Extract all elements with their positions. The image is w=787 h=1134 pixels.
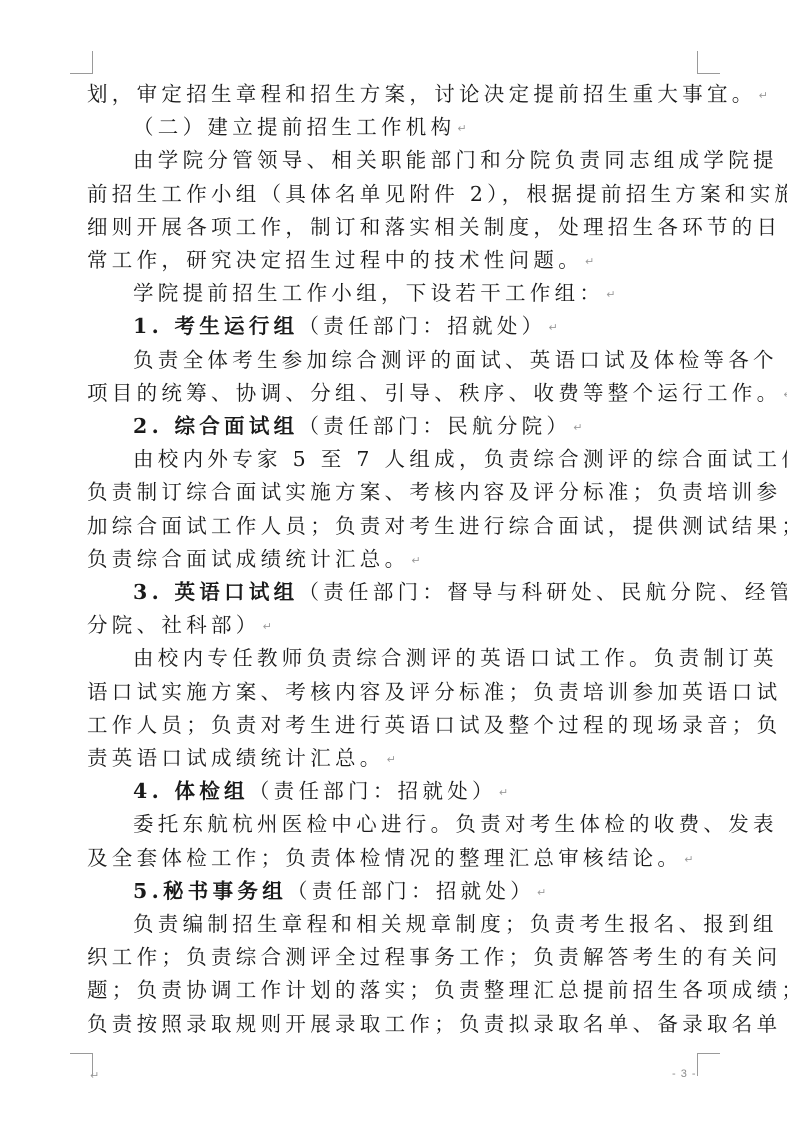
line-text: （责任部门：招就处）	[249, 779, 497, 803]
text-line: 加综合面试工作人员；负责对考生进行综合面试，提供测试结果；	[87, 510, 787, 543]
text-line: 分院、社科部）↵	[87, 609, 272, 642]
line-text: 常工作，研究决定招生过程中的技术性问题。	[87, 248, 583, 272]
section-heading: 1. 考生运行组（责任部门：招就处）↵	[133, 310, 558, 343]
paragraph-mark-icon: ↵	[263, 620, 272, 633]
text-line: 划，审定招生章程和招生方案，讨论决定提前招生重大事宜。↵	[87, 78, 768, 111]
text-line: 负责按照录取规则开展录取工作；负责拟录取名单、备录取名单	[87, 1008, 781, 1041]
section-heading: 2. 综合面试组（责任部门：民航分院）↵	[133, 410, 582, 443]
paragraph-mark-icon: ↵	[783, 388, 787, 401]
line-text: 学院提前招生工作小组，下设若干工作组：	[133, 281, 604, 305]
text-line: 由校内外专家 5 至 7 人组成，负责综合测评的综合面试工作。	[133, 443, 787, 476]
text-line: （二）建立提前招生工作机构↵	[133, 111, 467, 144]
text-line: 常工作，研究决定招生过程中的技术性问题。↵	[87, 244, 594, 277]
text-line: 责英语口试成绩统计汇总。↵	[87, 742, 396, 775]
line-text: 由校内专任教师负责综合测评的英语口试工作。负责制订英	[133, 646, 778, 670]
line-text: 由校内外专家 5 至 7 人组成，负责综合测评的综合面试工作。	[133, 447, 787, 471]
line-text: （责任部门：民航分院）	[298, 414, 571, 438]
line-text: 责英语口试成绩统计汇总。	[87, 746, 385, 770]
line-text: 细则开展各项工作，制订和落实相关制度，处理招生各环节的日	[87, 215, 781, 239]
heading-label: 1. 考生运行组	[133, 314, 298, 338]
line-text: 委托东航杭州医检中心进行。负责对考生体检的收费、发表	[133, 812, 778, 836]
text-line: 负责全体考生参加综合测评的面试、英语口试及体检等各个	[133, 344, 778, 377]
text-line: 委托东航杭州医检中心进行。负责对考生体检的收费、发表	[133, 808, 778, 841]
paragraph-mark-icon: ↵	[537, 886, 546, 899]
heading-label: 5.秘书事务组	[133, 879, 287, 903]
section-heading: 3. 英语口试组（责任部门：督导与科研处、民航分院、经管	[133, 576, 787, 609]
paragraph-mark-icon: ↵	[411, 554, 420, 567]
line-text: 负责全体考生参加综合测评的面试、英语口试及体检等各个	[133, 348, 778, 372]
text-line: 由学院分管领导、相关职能部门和分院负责同志组成学院提	[133, 144, 778, 177]
text-line: 负责综合面试成绩统计汇总。↵	[87, 543, 421, 576]
line-text: 负责编制招生章程和相关规章制度；负责考生报名、报到组	[133, 912, 778, 936]
text-line: 前招生工作小组（具体名单见附件 2），根据提前招生方案和实施	[87, 178, 787, 211]
line-text: 划，审定招生章程和招生方案，讨论决定提前招生重大事宜。	[87, 82, 757, 106]
heading-label: 3. 英语口试组	[133, 580, 298, 604]
line-text: 加综合面试工作人员；负责对考生进行综合面试，提供测试结果；	[87, 514, 787, 538]
paragraph-mark-icon: ↵	[387, 753, 396, 766]
text-line: 工作人员；负责对考生进行英语口试及整个过程的现场录音；负	[87, 709, 781, 742]
line-text: 负责制订综合面试实施方案、考核内容及评分标准；负责培训参	[87, 480, 781, 504]
line-text: （责任部门：招就处）	[298, 314, 546, 338]
text-line: 负责编制招生章程和相关规章制度；负责考生报名、报到组	[133, 908, 778, 941]
paragraph-mark-icon: ↵	[606, 288, 615, 301]
paragraph-mark-icon: ↵	[684, 853, 693, 866]
line-text: 及全套体检工作；负责体检情况的整理汇总审核结论。	[87, 846, 682, 870]
line-text: （责任部门：招就处）	[287, 879, 535, 903]
text-line: 语口试实施方案、考核内容及评分标准；负责培训参加英语口试	[87, 676, 781, 709]
text-line: 织工作；负责综合测评全过程事务工作；负责解答考生的有关问	[87, 941, 781, 974]
text-line: 由校内专任教师负责综合测评的英语口试工作。负责制订英	[133, 642, 778, 675]
paragraph-mark-icon: ↵	[548, 321, 557, 334]
line-text: 工作人员；负责对考生进行英语口试及整个过程的现场录音；负	[87, 713, 781, 737]
line-text: 题；负责协调工作计划的落实；负责整理汇总提前招生各项成绩；	[87, 978, 787, 1002]
line-text: 负责综合面试成绩统计汇总。	[87, 547, 409, 571]
line-text: 分院、社科部）	[87, 613, 261, 637]
text-line: 及全套体检工作；负责体检情况的整理汇总审核结论。↵	[87, 842, 693, 875]
line-text: 负责按照录取规则开展录取工作；负责拟录取名单、备录取名单	[87, 1012, 781, 1036]
line-text: 织工作；负责综合测评全过程事务工作；负责解答考生的有关问	[87, 945, 781, 969]
paragraph-mark-icon: ↵	[457, 122, 466, 135]
paragraph-mark-icon: ↵	[499, 786, 508, 799]
crop-mark-top-left	[70, 51, 93, 74]
section-heading: 5.秘书事务组（责任部门：招就处）↵	[133, 875, 546, 908]
line-text: 由学院分管领导、相关职能部门和分院负责同志组成学院提	[133, 148, 778, 172]
heading-label: 4. 体检组	[133, 779, 249, 803]
line-text: 语口试实施方案、考核内容及评分标准；负责培训参加英语口试	[87, 680, 781, 704]
page-number: - 3 -	[672, 1068, 697, 1080]
line-text: 前招生工作小组（具体名单见附件 2），根据提前招生方案和实施	[87, 182, 787, 206]
paragraph-mark-icon: ↵	[573, 421, 582, 434]
paragraph-mark-icon: ↵	[759, 89, 768, 102]
crop-mark-bottom-right	[697, 1053, 720, 1076]
paragraph-mark-icon: ↵	[90, 1069, 99, 1082]
text-line: 负责制订综合面试实施方案、考核内容及评分标准；负责培训参	[87, 476, 781, 509]
section-heading: 4. 体检组（责任部门：招就处）↵	[133, 775, 508, 808]
crop-mark-top-right	[697, 51, 720, 74]
line-text: （责任部门：督导与科研处、民航分院、经管	[298, 580, 787, 604]
text-line: 细则开展各项工作，制订和落实相关制度，处理招生各环节的日	[87, 211, 781, 244]
text-line: 题；负责协调工作计划的落实；负责整理汇总提前招生各项成绩；	[87, 974, 787, 1007]
document-page: 划，审定招生章程和招生方案，讨论决定提前招生重大事宜。↵（二）建立提前招生工作机…	[0, 0, 787, 1134]
text-line: 项目的统筹、协调、分组、引导、秩序、收费等整个运行工作。↵	[87, 377, 787, 410]
text-line: 学院提前招生工作小组，下设若干工作组：↵	[133, 277, 615, 310]
paragraph-mark-icon: ↵	[585, 255, 594, 268]
line-text: 项目的统筹、协调、分组、引导、秩序、收费等整个运行工作。	[87, 381, 781, 405]
line-text: （二）建立提前招生工作机构	[133, 115, 455, 139]
heading-label: 2. 综合面试组	[133, 414, 298, 438]
